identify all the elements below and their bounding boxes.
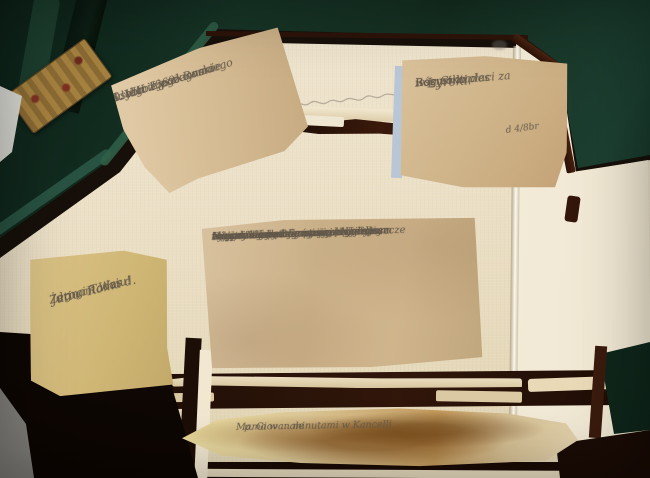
handwritten-line: p. Giovanale — [236, 420, 304, 435]
note-text: Żegnam Was drogi Tadziu! Jutiu Roma d. — [47, 263, 163, 292]
note-gratitude: Bóg Ci zapłaci za wszystko Rosmontades Ł… — [395, 52, 571, 191]
torn-fragment-lower — [436, 390, 522, 402]
note-text: Mama w … minutami w Kancelli p. Giovanal… — [236, 415, 566, 421]
note-tadziu-farewell: Żegnam Was drogi Tadziu! Jutiu Roma d. — [24, 248, 173, 397]
grey-smudge-mark — [492, 40, 507, 50]
archival-photo: Ostatnie pożegnanie odebr. z jego Roma X… — [0, 0, 650, 478]
note-mother-letter: Droga Najukochańsza — Najlepsza moja mat… — [201, 213, 482, 373]
handwritten-signature: Łyrski — [414, 71, 468, 95]
handwritten-line: Jutiu Roma d. — [47, 271, 137, 310]
handwritten-date: d 4/8br — [505, 122, 539, 136]
handwritten-line: żyjemy — o matko moja — [212, 226, 332, 243]
note-text: Bóg Ci zapłaci za wszystko Rosmontades Ł… — [414, 65, 554, 76]
